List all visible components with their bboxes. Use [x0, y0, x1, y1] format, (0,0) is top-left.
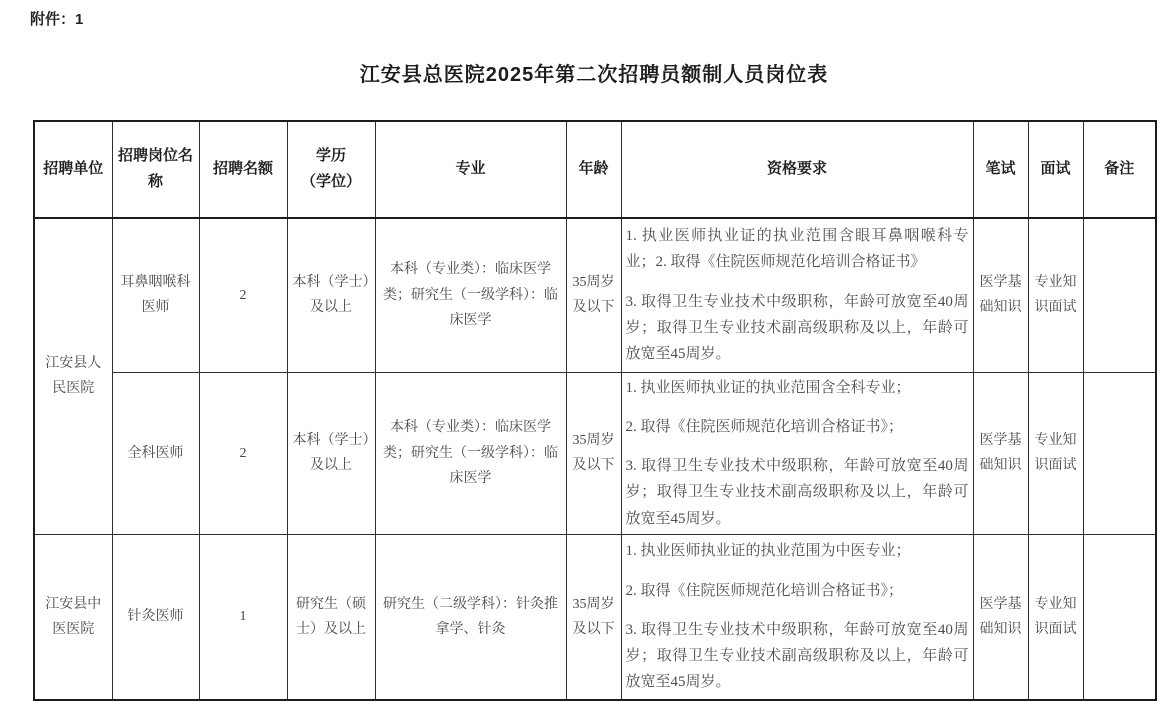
header-recruiting-unit: 招聘单位 [34, 121, 112, 218]
header-interview: 面试 [1028, 121, 1083, 218]
cell-recruiting-unit: 江安县中医医院 [34, 534, 112, 700]
cell-remark [1083, 534, 1156, 700]
cell-major: 研究生（二级学科）：针灸推拿学、针灸 [375, 534, 566, 700]
table-row-acupuncture-physician: 江安县中医医院 针灸医师 1 研究生（硕士）及以上 研究生（二级学科）：针灸推拿… [34, 534, 1156, 700]
cell-quota: 2 [199, 372, 287, 534]
title-container: 江安县总医院2025年第二次招聘员额制人员岗位表 [33, 58, 1155, 87]
cell-qualification-requirements: 1. 执业医师执业证的执业范围含眼耳鼻咽喉科专业；2. 取得《住院医师规范化培训… [621, 218, 973, 372]
cell-education-degree: 本科（学士）及以上 [287, 218, 375, 372]
header-qualification-requirements: 资格要求 [621, 121, 973, 218]
cell-position-name: 全科医师 [112, 372, 199, 534]
recruitment-positions-table: 招聘单位 招聘岗位名称 招聘名额 学历 （学位） 专业 年龄 资格要求 笔试 面… [33, 120, 1157, 701]
cell-position-name: 耳鼻咽喉科医师 [112, 218, 199, 372]
cell-major: 本科（专业类）：临床医学类；研究生（一级学科）：临床医学 [375, 218, 566, 372]
requirement-paragraph: 3. 取得卫生专业技术中级职称，年龄可放宽至40周岁；取得卫生专业技术副高级职称… [626, 453, 969, 532]
header-written-test: 笔试 [973, 121, 1028, 218]
table-row-ent-physician: 江安县人民医院 耳鼻咽喉科医师 2 本科（学士）及以上 本科（专业类）：临床医学… [34, 218, 1156, 372]
table-header-row: 招聘单位 招聘岗位名称 招聘名额 学历 （学位） 专业 年龄 资格要求 笔试 面… [34, 121, 1156, 218]
requirement-paragraph: 2. 取得《住院医师规范化培训合格证书》； [626, 414, 969, 440]
header-education-degree: 学历 （学位） [287, 121, 375, 218]
requirement-paragraph: 2. 取得《住院医师规范化培训合格证书》； [626, 578, 969, 604]
cell-education-degree: 本科（学士）及以上 [287, 372, 375, 534]
requirement-paragraph: 1. 执业医师执业证的执业范围含全科专业； [626, 375, 969, 401]
header-remark: 备注 [1083, 121, 1156, 218]
requirement-paragraph: 3. 取得卫生专业技术中级职称，年龄可放宽至40周岁；取得卫生专业技术副高级职称… [626, 289, 969, 368]
attachment-label: 附件：1 [30, 8, 83, 29]
cell-remark [1083, 372, 1156, 534]
header-position-name: 招聘岗位名称 [112, 121, 199, 218]
cell-qualification-requirements: 1. 执业医师执业证的执业范围为中医专业； 2. 取得《住院医师规范化培训合格证… [621, 534, 973, 700]
cell-interview: 专业知识面试 [1028, 218, 1083, 372]
page-title: 江安县总医院2025年第二次招聘员额制人员岗位表 [360, 58, 829, 87]
cell-quota: 1 [199, 534, 287, 700]
cell-written-test: 医学基础知识 [973, 218, 1028, 372]
cell-interview: 专业知识面试 [1028, 534, 1083, 700]
table-row-general-practitioner: 全科医师 2 本科（学士）及以上 本科（专业类）：临床医学类；研究生（一级学科）… [34, 372, 1156, 534]
cell-written-test: 医学基础知识 [973, 372, 1028, 534]
requirement-paragraph: 1. 执业医师执业证的执业范围为中医专业； [626, 538, 969, 564]
cell-qualification-requirements: 1. 执业医师执业证的执业范围含全科专业； 2. 取得《住院医师规范化培训合格证… [621, 372, 973, 534]
header-quota: 招聘名额 [199, 121, 287, 218]
cell-age: 35周岁及以下 [566, 218, 621, 372]
cell-age: 35周岁及以下 [566, 372, 621, 534]
cell-education-degree: 研究生（硕士）及以上 [287, 534, 375, 700]
cell-remark [1083, 218, 1156, 372]
header-major: 专业 [375, 121, 566, 218]
header-age: 年龄 [566, 121, 621, 218]
cell-written-test: 医学基础知识 [973, 534, 1028, 700]
cell-interview: 专业知识面试 [1028, 372, 1083, 534]
cell-quota: 2 [199, 218, 287, 372]
cell-major: 本科（专业类）：临床医学类；研究生（一级学科）：临床医学 [375, 372, 566, 534]
requirement-paragraph: 1. 执业医师执业证的执业范围含眼耳鼻咽喉科专业；2. 取得《住院医师规范化培训… [626, 223, 969, 276]
cell-age: 35周岁及以下 [566, 534, 621, 700]
cell-recruiting-unit: 江安县人民医院 [34, 218, 112, 534]
requirement-paragraph: 3. 取得卫生专业技术中级职称，年龄可放宽至40周岁；取得卫生专业技术副高级职称… [626, 617, 969, 696]
cell-position-name: 针灸医师 [112, 534, 199, 700]
